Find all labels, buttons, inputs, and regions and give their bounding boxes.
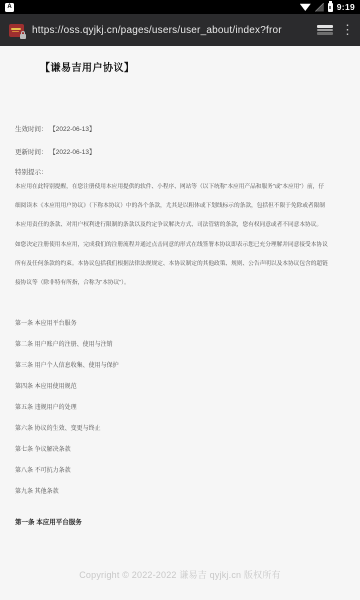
page-content: 【谦易吉用户协议】 生效时间：【2022-06-13】 更新时间：【2022-0…: [0, 46, 360, 600]
favicon-detail: [11, 28, 21, 30]
effective-date-value: 【2022-06-13】: [53, 126, 96, 133]
tabs-icon: [317, 29, 333, 32]
toc-item-8: 第八条 不可抗力条款: [15, 461, 345, 482]
update-date-label: 更新时间：: [15, 149, 48, 156]
toc-item-4: 第四条 本应用使用规范: [15, 377, 345, 398]
notification-app-icon: A: [5, 3, 14, 12]
site-favicon-icon: [9, 24, 24, 37]
toc-item-5: 第五条 违规用户的处理: [15, 398, 345, 419]
status-icons: 9:19: [300, 2, 355, 12]
overflow-menu-button[interactable]: ⋮: [341, 23, 351, 37]
section-heading: 第一条 本应用平台服务: [15, 517, 345, 526]
effective-date-label: 生效时间：: [15, 126, 48, 133]
toc-item-6: 第六条 协议的生效、变更与终止: [15, 419, 345, 440]
toc-item-2: 第二条 用户账户的注册、使用与注销: [15, 335, 345, 356]
table-of-contents: 第一条 本应用平台服务 第二条 用户账户的注册、使用与注销 第三条 用户个人信息…: [15, 314, 345, 503]
url-input[interactable]: https://oss.qyjkj.cn/pages/users/user_ab…: [32, 25, 309, 36]
update-date-value: 【2022-06-13】: [53, 149, 96, 156]
battery-icon: [328, 3, 333, 12]
effective-date-row: 生效时间：【2022-06-13】: [15, 124, 345, 133]
browser-screen: A 9:19 https://oss.qyjkj.cn/pages/users/…: [0, 0, 360, 600]
special-notice-label: 特别提示：: [15, 167, 345, 176]
status-bar: A 9:19: [0, 0, 360, 14]
copyright-footer: Copyright © 2022-2022 谦易吉 qyjkj.cn 版权所有: [0, 568, 360, 581]
browser-address-bar: https://oss.qyjkj.cn/pages/users/user_ab…: [0, 14, 360, 46]
no-signal-icon: [315, 3, 324, 12]
update-date-row: 更新时间：【2022-06-13】: [15, 147, 345, 156]
wifi-icon: [300, 3, 311, 11]
status-time: 9:19: [337, 2, 355, 12]
tabs-button[interactable]: [317, 23, 333, 37]
special-notice-text: 本应用在此特别提醒，在您注册使用本应用提供的软件、小程序、网站等（以下统称“本应…: [15, 178, 345, 293]
toc-item-7: 第七条 争议解决条款: [15, 440, 345, 461]
tabs-icon: [317, 32, 333, 35]
lock-icon: [20, 34, 26, 39]
tabs-icon: [317, 25, 333, 28]
toc-item-3: 第三条 用户个人信息收集、使用与保护: [15, 356, 345, 377]
toc-item-1: 第一条 本应用平台服务: [15, 314, 345, 335]
favicon-detail: [12, 31, 19, 33]
toc-item-9: 第九条 其他条款: [15, 482, 345, 503]
page-title: 【谦易吉用户协议】: [40, 46, 345, 74]
